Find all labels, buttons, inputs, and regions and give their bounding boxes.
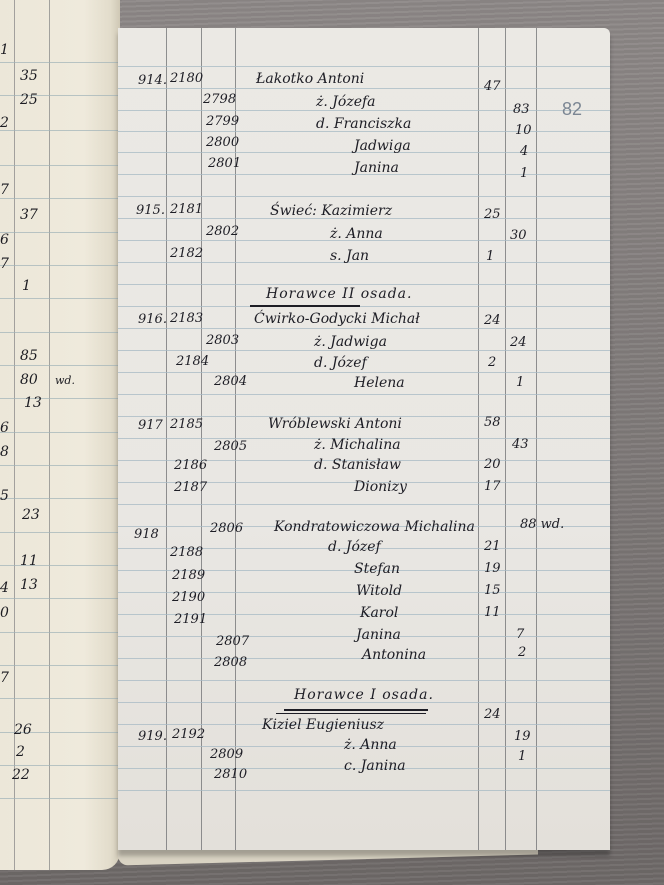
female-id: 2803	[206, 334, 239, 347]
female-id: 2806	[210, 522, 243, 535]
female-id: 2799	[206, 115, 239, 128]
female-id: 2808	[214, 656, 247, 669]
ruling-line	[0, 498, 120, 499]
person-name: Dionizy	[354, 480, 407, 494]
person-name: Janina	[354, 161, 399, 175]
ruling-line	[118, 394, 610, 395]
margin-number: 13	[20, 577, 38, 593]
person-name: Jadwiga	[354, 139, 411, 153]
male-id: 2191	[174, 613, 207, 626]
female-id: 2805	[214, 440, 247, 453]
margin-number: 80	[20, 372, 38, 388]
ruling-line	[0, 432, 120, 433]
ruling-line	[0, 365, 120, 366]
male-id: 2188	[170, 546, 203, 559]
edge-fragment: 4	[0, 580, 9, 596]
heading-underline	[284, 709, 428, 711]
ruling-line	[0, 665, 120, 666]
male-id: 2184	[176, 355, 209, 368]
margin-number: 26	[14, 722, 32, 738]
edge-fragment: 8	[0, 444, 9, 460]
ruling-line	[0, 632, 120, 633]
male-age: 11	[484, 606, 501, 619]
ruling-line	[118, 680, 610, 681]
household-number: 915.	[136, 204, 165, 217]
person-name: Janina	[356, 628, 401, 642]
ruling-line	[0, 698, 120, 699]
margin-number: 37	[20, 207, 38, 223]
edge-fragment: 0	[0, 605, 9, 621]
male-id: 2189	[172, 569, 205, 582]
ruling-line	[0, 265, 120, 266]
section-heading: Horawce I osada.	[294, 688, 434, 702]
person-name: Kiziel Eugieniusz	[262, 718, 384, 732]
margin-number: 2	[16, 744, 25, 760]
person-name: d. Józef	[328, 540, 381, 554]
male-age: 25	[484, 208, 501, 221]
female-age: 1	[520, 167, 528, 180]
margin-number: 85	[20, 348, 38, 364]
person-name: s. Jan	[330, 249, 369, 263]
household-number: 916.	[138, 313, 167, 326]
person-name: Wróblewski Antoni	[268, 417, 402, 431]
ruling-line	[0, 532, 120, 533]
person-name: Świeć: Kazimierz	[270, 204, 392, 218]
male-id: 2190	[172, 591, 205, 604]
margin-number: 23	[22, 507, 40, 523]
ruling-line	[0, 565, 120, 566]
female-age: 30	[510, 229, 527, 242]
margin-number: 1	[22, 278, 31, 294]
household-number: 914.	[138, 74, 167, 87]
household-number: 919.	[138, 730, 167, 743]
ruling-line	[0, 765, 120, 766]
margin-number: 11	[20, 553, 38, 569]
ruling-line	[118, 504, 610, 505]
ruling-line	[0, 95, 120, 96]
margin-number: 35	[20, 68, 38, 84]
ruling-line	[118, 790, 610, 791]
female-id: 2810	[214, 768, 247, 781]
male-age: 15	[484, 584, 501, 597]
person-name: ż. Anna	[344, 738, 397, 752]
widow-age-note: 88 wd.	[520, 518, 564, 531]
female-age: 4	[520, 145, 528, 158]
person-name: Stefan	[354, 562, 400, 576]
male-age: 17	[484, 480, 501, 493]
male-age: 47	[484, 80, 501, 93]
ruling-line	[118, 372, 610, 373]
female-age: 10	[515, 124, 532, 137]
edge-fragment: 7	[0, 182, 9, 198]
male-age: 1	[486, 250, 494, 263]
male-age: 2	[488, 356, 496, 369]
ruling-line	[0, 298, 120, 299]
ruling-line	[0, 130, 120, 131]
ruling-line	[118, 350, 610, 351]
male-id: 2183	[170, 312, 203, 325]
female-age: 1	[518, 750, 526, 763]
ruling-line	[118, 196, 610, 197]
ruling-line	[0, 62, 120, 63]
ruling-line	[118, 110, 610, 111]
ruling-line	[0, 232, 120, 233]
person-name: Helena	[354, 376, 405, 390]
ruling-line	[118, 284, 610, 285]
right-page: 82 914. 2180 Łakotko Antoni 47 2798 ż. J…	[118, 28, 610, 850]
ruling-line	[118, 88, 610, 89]
person-name: d. Józef	[314, 356, 367, 370]
female-age: 43	[512, 438, 529, 451]
person-name: Karol	[360, 606, 398, 620]
ruling-line	[0, 198, 120, 199]
edge-fragment: 2	[0, 115, 9, 131]
male-id: 2180	[170, 72, 203, 85]
female-age: 83	[513, 103, 530, 116]
page-number: 82	[562, 100, 582, 118]
person-name: ż. Józefa	[316, 95, 376, 109]
person-name: Ćwirko-Godycki Michał	[254, 312, 420, 326]
female-age: 19	[514, 730, 531, 743]
male-age: 24	[484, 708, 501, 721]
female-id: 2798	[203, 93, 236, 106]
female-age: 24	[510, 336, 527, 349]
female-id: 2801	[208, 157, 241, 170]
male-age: 21	[484, 540, 501, 553]
edge-fragment: 1	[0, 42, 9, 58]
male-age: 24	[484, 314, 501, 327]
edge-fragment: 7	[0, 256, 9, 272]
heading-underline	[276, 713, 426, 714]
male-age: 19	[484, 562, 501, 575]
household-number: 917	[138, 419, 163, 432]
ruling-line	[118, 328, 610, 329]
male-id: 2185	[170, 418, 203, 431]
person-name: ż. Anna	[330, 227, 383, 241]
male-age: 58	[484, 416, 501, 429]
margin-number: 22	[12, 767, 30, 783]
left-page: 1 2 7 6 7 6 8 5 4 0 7 35 25 37 1 85 80 w…	[0, 0, 120, 870]
ruling-line	[0, 165, 120, 166]
person-name: d. Stanisław	[314, 458, 401, 472]
edge-fragment: 6	[0, 232, 9, 248]
ruling-line	[0, 798, 120, 799]
person-name: ż. Michalina	[314, 438, 401, 452]
person-name: Witold	[356, 584, 402, 598]
male-id: 2182	[170, 247, 203, 260]
female-id: 2800	[206, 136, 239, 149]
ruling-line	[0, 332, 120, 333]
female-id: 2804	[214, 375, 247, 388]
widow-annotation: wd.	[55, 374, 75, 387]
person-name: Antonina	[362, 648, 426, 662]
household-number: 918	[134, 528, 159, 541]
female-id: 2807	[216, 635, 249, 648]
edge-fragment: 6	[0, 420, 9, 436]
person-name: Łakotko Antoni	[256, 72, 364, 86]
ruling-line	[0, 398, 120, 399]
edge-fragment: 7	[0, 670, 9, 686]
female-age: 1	[516, 376, 524, 389]
person-name: Kondratowiczowa Michalina	[274, 520, 475, 534]
ruling-line	[0, 598, 120, 599]
edge-fragment: 5	[0, 488, 9, 504]
male-id: 2186	[174, 459, 207, 472]
male-age: 20	[484, 458, 501, 471]
female-age: 7	[516, 628, 524, 641]
person-name: c. Janina	[344, 759, 406, 773]
female-id: 2809	[210, 748, 243, 761]
margin-number: 13	[24, 395, 42, 411]
ruling-line	[118, 66, 610, 67]
person-name: d. Franciszka	[316, 117, 411, 131]
female-id: 2802	[206, 225, 239, 238]
ruling-line	[0, 465, 120, 466]
male-id: 2192	[172, 728, 205, 741]
ruling-line	[118, 306, 610, 307]
heading-underline	[250, 305, 360, 307]
section-heading: Horawce II osada.	[266, 287, 412, 301]
male-id: 2181	[170, 203, 203, 216]
margin-number: 25	[20, 92, 38, 108]
female-age: 2	[518, 646, 526, 659]
person-name: ż. Jadwiga	[314, 335, 387, 349]
male-id: 2187	[174, 481, 207, 494]
